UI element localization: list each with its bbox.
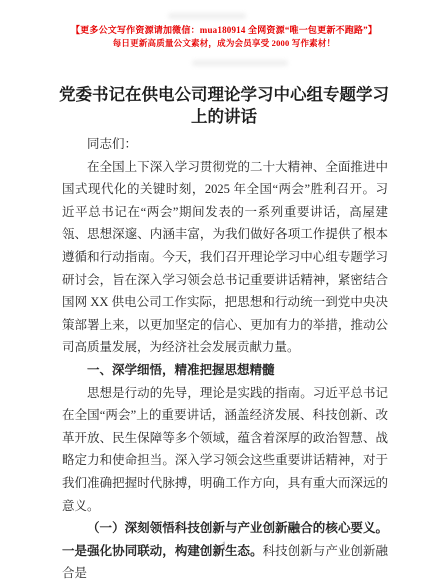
header-ad-line1: 【更多公文写作资源请加微信：mua180914 全网资源“唯一包更新不跑路”】 (0, 23, 448, 37)
header-ad: 【更多公文写作资源请加微信：mua180914 全网资源“唯一包更新不跑路”】 … (0, 23, 448, 50)
document-title-line1: 党委书记在供电公司理论学习中心组专题学习 (59, 85, 389, 104)
watermark-smudge-top (168, 13, 246, 19)
section-heading-1: 一、深学细悟，精准把握思想精髓 (62, 359, 388, 382)
document-page: 【更多公文写作资源请加微信：mua180914 全网资源“唯一包更新不跑路”】 … (0, 0, 448, 580)
document-title: 党委书记在供电公司理论学习中心组专题学习 上的讲话 (40, 84, 408, 128)
paragraph-intro: 在全国上下深入学习贯彻党的二十大精神、全面推进中国式现代化的关键时刻，2025 … (62, 156, 388, 359)
salutation: 同志们： (62, 133, 388, 156)
document-body: 同志们： 在全国上下深入学习贯彻党的二十大精神、全面推进中国式现代化的关键时刻，… (62, 133, 388, 580)
document-title-line2: 上的讲话 (191, 107, 257, 126)
page-number: 1 (0, 540, 448, 550)
header-ad-line2: 每日更新高质量公文素材，成为会员享受 2000 写作素材！ (0, 37, 448, 50)
paragraph-section-1: 思想是行动的先导，理论是实践的指南。习近平总书记在全国“两会”上的重要讲话，涵盖… (62, 382, 388, 518)
watermark-smudge-bottom (192, 60, 288, 66)
